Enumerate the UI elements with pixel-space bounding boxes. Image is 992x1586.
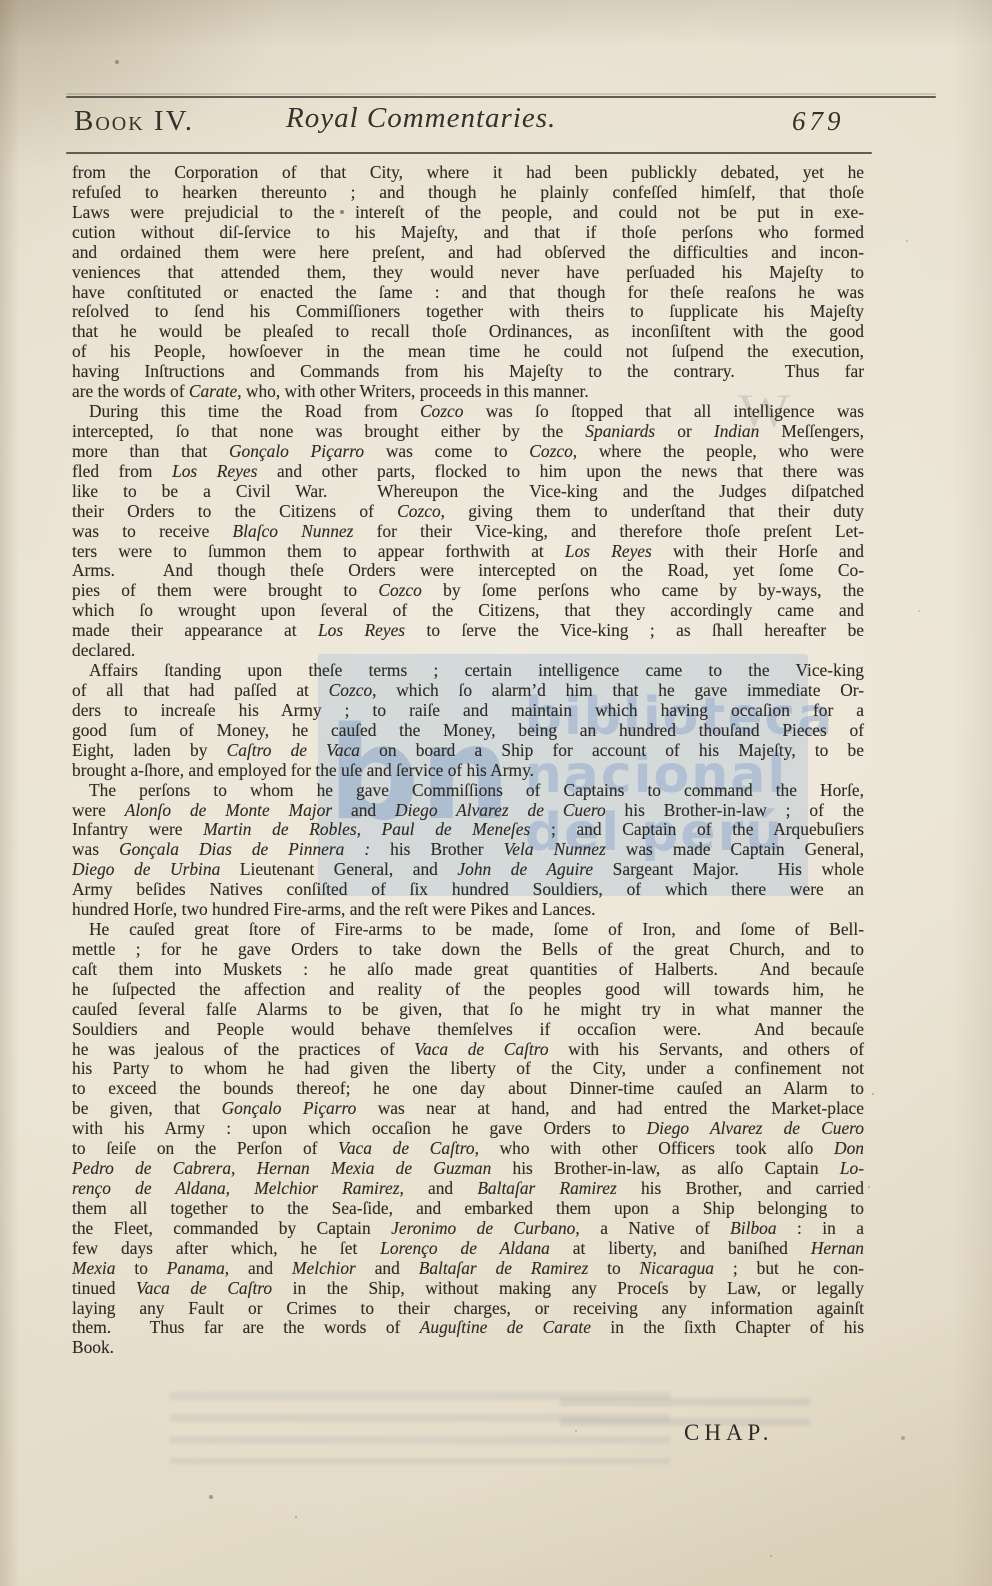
italic-run: Indian [714,421,759,441]
text-run: to ſerve the Vice-king ; as ſhall hereaf… [405,620,864,640]
italic-run: Vaca de Caſtro [338,1138,474,1158]
text-line: The perſons to whom he gave Commiſſions … [72,781,864,801]
text-line: cauſed ſeveral falſe Alarms to be given,… [72,1000,864,1020]
text-run: Infantry were [72,819,203,839]
italic-run: Baltaſar Ramirez [477,1178,616,1198]
paragraph: from the Corporation of that City, where… [72,163,864,402]
text-run: caſt them into Muskets : he alſo made gr… [72,959,864,979]
foxing-specks [0,0,2,2]
text-run: and ordained them were here preſent, and… [72,242,864,262]
text-run: Souldiers and People would behave themſe… [72,1019,864,1039]
text-line: reſolved to ſend his Commiſſioners toget… [72,302,864,322]
text-run: declared. [72,640,135,660]
text-line: that he would be pleaſed to recall thoſe… [72,322,864,342]
text-run: his Brother [370,839,503,859]
text-run: mettle ; for he gave Orders to take down… [72,939,864,959]
text-run: with his Servants, and others of [549,1039,864,1059]
italic-run: Diego de Urbina [72,859,220,879]
text-line: renço de Aldana, Melchior Ramirez, and B… [72,1179,864,1199]
text-run: ; and Captain of the Arquebuſiers [530,819,864,839]
text-line: Arms. And though theſe Orders were inter… [72,561,864,581]
text-line: from the Corporation of that City, where… [72,163,864,183]
text-line: their Orders to the Citizens of Cozco, g… [72,502,864,522]
text-run: intercepted, ſo that none was brought ei… [72,421,585,441]
text-run: to [588,1258,639,1278]
text-run: was come to [364,441,529,461]
text-run: he ſuſpected the affection and reality o… [72,979,864,999]
italic-run: Carate [189,381,237,401]
text-line: made their appearance at Los Reyes to ſe… [72,621,864,641]
text-run: have conſtituted or enacted the ſame : a… [72,282,864,302]
text-run: and other parts, flocked to him upon the… [257,461,864,481]
text-run: of his People, howſoever in the mean tim… [72,341,864,361]
italic-run: Jeronimo de Curbano [391,1218,575,1238]
italic-run: Bilboa [730,1218,776,1238]
text-line: Souldiers and People would behave themſe… [72,1020,864,1040]
header-rule-bottom [66,152,872,154]
text-run: Affairs ſtanding upon theſe terms ; cert… [89,660,864,680]
text-run: Eight, laden by [72,740,227,760]
text-line: have conſtituted or enacted the ſame : a… [72,283,864,303]
text-run: reſolved to ſend his Commiſſioners toget… [72,301,864,321]
italic-run: Lo- [840,1158,864,1178]
text-line: which ſo wrought upon ſeveral of the Cit… [72,601,864,621]
text-run: , and [225,1258,292,1278]
text-line: mettle ; for he gave Orders to take down… [72,940,864,960]
text-run: The perſons to whom he gave Commiſſions … [89,780,864,800]
text-line: caſt them into Muskets : he alſo made gr… [72,960,864,980]
text-line: refuſed to hearken thereunto ; and thoug… [72,183,864,203]
text-run: having Inſtructions and Commands from hi… [72,361,864,381]
text-line: Diego de Urbina Lieutenant General, and … [72,860,864,880]
text-line: Eight, laden by Caſtro de Vaca on board … [72,741,864,761]
text-line: having Inſtructions and Commands from hi… [72,362,864,382]
text-line: them all together to the Sea-ſide, and e… [72,1199,864,1219]
italic-run: Spaniards [585,421,655,441]
text-run: at liberty, and baniſhed [550,1238,811,1258]
text-run: Arms. And though theſe Orders were inter… [72,560,864,580]
text-run: pies of them were brought to [72,580,378,600]
italic-run: Vaca de Caſtro [136,1278,272,1298]
text-line: were Alonſo de Monte Major and Diego Alv… [72,801,864,821]
text-run: made their appearance at [72,620,318,640]
text-line: of all that had paſſed at Cozco, which ſ… [72,681,864,701]
italic-run: Cozco [378,580,421,600]
italic-run: Lorenço de Aldana [380,1238,550,1258]
text-line: with his Army : upon which occaſion he g… [72,1119,864,1139]
page-title: Royal Commentaries. [286,102,556,135]
text-line: fled from Los Reyes and other parts, flo… [72,462,864,482]
text-run: , a Native of [575,1218,730,1238]
italic-run: Cozco [329,680,372,700]
text-run: He cauſed great ſtore of Fire-arms to be… [89,919,864,939]
text-line: the Fleet, commanded by Captain Jeronimo… [72,1219,864,1239]
page-number: 679 [792,106,845,137]
text-run: , who with other Officers took alſo [475,1138,834,1158]
paragraph: During this time the Road from Cozco was… [72,402,864,661]
text-run: or [655,421,714,441]
text-line: declared. [72,641,864,661]
text-run: on board a Ship for account of his Majeſ… [360,740,864,760]
text-line: pies of them were brought to Cozco by ſo… [72,581,864,601]
text-line: intercepted, ſo that none was brought ei… [72,422,864,442]
text-line: his Party to whom he had given the liber… [72,1059,864,1079]
italic-run: Diego Alvarez de Cuero [647,1118,864,1138]
italic-run: Baltaſar de Ramirez [419,1258,589,1278]
text-line: ders to increaſe his Army ; to raiſe and… [72,701,864,721]
text-line: laying any Fault or Crimes to their char… [72,1299,864,1319]
text-line: ters were to ſummon them to appear forth… [72,542,864,562]
text-run: his Party to whom he had given the liber… [72,1058,864,1078]
text-line: be given, that Gonçalo Piçarro was near … [72,1099,864,1119]
italic-run: Los Reyes [172,461,257,481]
text-run: to [115,1258,166,1278]
text-line: Army beſides Natives conſiſted of ſix hu… [72,880,864,900]
text-run: to ſeiſe on the Perſon of [72,1138,338,1158]
text-run: them. Thus far are the words of [72,1317,420,1337]
text-run: more than that [72,441,229,461]
text-line: Affairs ſtanding upon theſe terms ; cert… [72,661,864,681]
italic-run: Nicaragua [640,1258,714,1278]
italic-run: Vela Nunnez [504,839,606,859]
header-rule-top [66,96,936,98]
text-run: his Brother-in-law, as alſo Captain [491,1158,840,1178]
text-run: , giving them to underſtand that their d… [441,501,864,521]
italic-run: Hernan [811,1238,864,1258]
text-run: Sargeant Major. His whole [593,859,864,879]
italic-run: Los Reyes [318,620,405,640]
italic-run: Auguſtine de Carate [420,1317,591,1337]
italic-run: Mexia [72,1258,115,1278]
text-line: Laws were prejudicial to the intereſt of… [72,203,864,223]
text-run: good ſum of Money, he cauſed the Money, … [72,720,864,740]
text-run: During this time the Road from [89,401,420,421]
text-run: to exceed the bounds thereof; he one day… [72,1078,864,1098]
italic-run: Martin de Robles, Paul de Meneſes [203,819,530,839]
text-run: were [72,800,125,820]
text-line: He cauſed great ſtore of Fire-arms to be… [72,920,864,940]
text-line: Infantry were Martin de Robles, Paul de … [72,820,864,840]
running-header: Book IV. Royal Commentaries. 679 [0,102,992,150]
text-run: few days after which, he ſet [72,1238,380,1258]
text-run: of all that had paſſed at [72,680,329,700]
text-run: was to receive [72,521,233,541]
text-line: was Gonçala Dias de Pinnera : his Brothe… [72,840,864,860]
text-line: are the words of Carate, who, with other… [72,382,864,402]
text-line: cution without diſ-ſervice to his Majeſt… [72,223,864,243]
text-run: , which ſo alarm’d him that he gave imme… [372,680,864,700]
text-run: the Fleet, commanded by Captain [72,1218,391,1238]
text-run: are the words of [72,381,189,401]
text-run: was ſo ſtopped that all intelligence was [463,401,864,421]
text-run: refuſed to hearken thereunto ; and thoug… [72,182,864,202]
text-line: brought a-ſhore, and employed for the uſ… [72,761,864,781]
italic-run: Pedro de Cabrera, Hernan Mexia de Guzman [72,1158,491,1178]
text-line: veniences that attended them, they would… [72,263,864,283]
text-line: tinued Vaca de Caſtro in the Ship, witho… [72,1279,864,1299]
text-run: he was jealous of the practices of [72,1039,414,1059]
text-run: fled from [72,461,172,481]
book-label: Book IV. [74,105,194,138]
text-line: Book. [72,1338,864,1358]
text-line: and ordained them were here preſent, and… [72,243,864,263]
text-run: by ſome perſons who came by by-ways, the [422,580,864,600]
text-run: Lieutenant General, and [220,859,457,879]
book-page-scan: bn biblioteca nacional del perú W Book I… [0,0,992,1586]
text-line: few days after which, he ſet Lorenço de … [72,1239,864,1259]
text-run: cution without diſ-ſervice to his Majeſt… [72,222,864,242]
text-run: be given, that [72,1098,222,1118]
italic-run: Cozco [420,401,463,421]
italic-run: Gonçalo Piçarro [229,441,364,461]
text-run: was made Captain General, [606,839,864,859]
text-line: good ſum of Money, he cauſed the Money, … [72,721,864,741]
paragraph: Affairs ſtanding upon theſe terms ; cert… [72,661,864,781]
text-run: like to be a Civil War. Whereupon the Vi… [72,481,864,501]
text-run: his Brother-in-law ; of the [606,800,864,820]
text-run: veniences that attended them, they would… [72,262,864,282]
text-run: ters were to ſummon them to appear forth… [72,541,565,561]
text-run: Book. [72,1337,114,1357]
text-run: cauſed ſeveral falſe Alarms to be given,… [72,999,864,1019]
italic-run: Alonſo de Monte Major [125,800,332,820]
text-run: laying any Fault or Crimes to their char… [72,1298,864,1318]
text-run: and [332,800,395,820]
text-line: like to be a Civil War. Whereupon the Vi… [72,482,864,502]
italic-run: Panama [167,1258,225,1278]
text-run: , where the people, who were [573,441,864,461]
text-run: with his Army : upon which occaſion he g… [72,1118,647,1138]
text-line: he ſuſpected the affection and reality o… [72,980,864,1000]
text-run: hundred Horſe, two hundred Fire-arms, an… [72,899,596,919]
text-line: During this time the Road from Cozco was… [72,402,864,422]
text-line: Pedro de Cabrera, Hernan Mexia de Guzman… [72,1159,864,1179]
text-run: Meſſengers, [759,421,864,441]
text-run: which ſo wrought upon ſeveral of the Cit… [72,600,864,620]
text-run: , who, with other Writers, proceeds in t… [237,381,589,401]
text-line: Mexia to Panama, and Melchior and Baltaſ… [72,1259,864,1279]
italic-run: Diego Alvarez de Cuero [395,800,606,820]
italic-run: Caſtro de Vaca [227,740,360,760]
text-run: brought a-ſhore, and employed for the uſ… [72,760,534,780]
text-run: was [72,839,119,859]
text-line: he was jealous of the practices of Vaca … [72,1040,864,1060]
text-run: their Orders to the Citizens of [72,501,397,521]
text-run: ders to increaſe his Army ; to raiſe and… [72,700,864,720]
italic-run: Cozco [529,441,572,461]
text-run: in the ſixth Chapter of his [591,1317,864,1337]
text-run: from the Corporation of that City, where… [72,162,864,182]
text-line: was to receive Blaſco Nunnez for their V… [72,522,864,542]
italic-run: Los Reyes [565,541,652,561]
italic-run: John de Aguire [457,859,593,879]
text-line: of his People, howſoever in the mean tim… [72,342,864,362]
paragraph: He cauſed great ſtore of Fire-arms to be… [72,920,864,1358]
italic-run: Blaſco Nunnez [233,521,354,541]
text-line: to exceed the bounds thereof; he one day… [72,1079,864,1099]
text-line: to ſeiſe on the Perſon of Vaca de Caſtro… [72,1139,864,1159]
italic-run: Gonçala Dias de Pinnera : [119,839,370,859]
italic-run: Don [834,1138,864,1158]
italic-run: Vaca de Caſtro [414,1039,548,1059]
text-run: for their Vice-king, and therefore thoſe… [353,521,864,541]
text-run: and [356,1258,419,1278]
text-run: Laws were prejudicial to the intereſt of… [72,202,864,222]
text-run: ; but he con- [714,1258,864,1278]
text-run: them all together to the Sea-ſide, and e… [72,1198,864,1218]
text-run: : in a [777,1218,864,1238]
text-run: his Brother, and carried [617,1178,864,1198]
text-run: that he would be pleaſed to recall thoſe… [72,321,864,341]
text-run: tinued [72,1278,136,1298]
text-run: Army beſides Natives conſiſted of ſix hu… [72,879,864,899]
text-run: in the Ship, without making any Proceſs … [272,1278,864,1298]
text-line: more than that Gonçalo Piçarro was come … [72,442,864,462]
text-line: hundred Horſe, two hundred Fire-arms, an… [72,900,864,920]
italic-run: renço de Aldana, Melchior Ramirez, [72,1178,404,1198]
text-block: from the Corporation of that City, where… [72,163,864,1358]
text-run: and [404,1178,478,1198]
text-run: with their Horſe and [652,541,864,561]
paragraph: The perſons to whom he gave Commiſſions … [72,781,864,920]
catchword: CHAP. [684,1420,774,1446]
text-line: them. Thus far are the words of Auguſtin… [72,1318,864,1338]
italic-run: Cozco [397,501,440,521]
italic-run: Gonçalo Piçarro [222,1098,357,1118]
text-run: was near at hand, and had entred the Mar… [356,1098,864,1118]
italic-run: Melchior [292,1258,356,1278]
